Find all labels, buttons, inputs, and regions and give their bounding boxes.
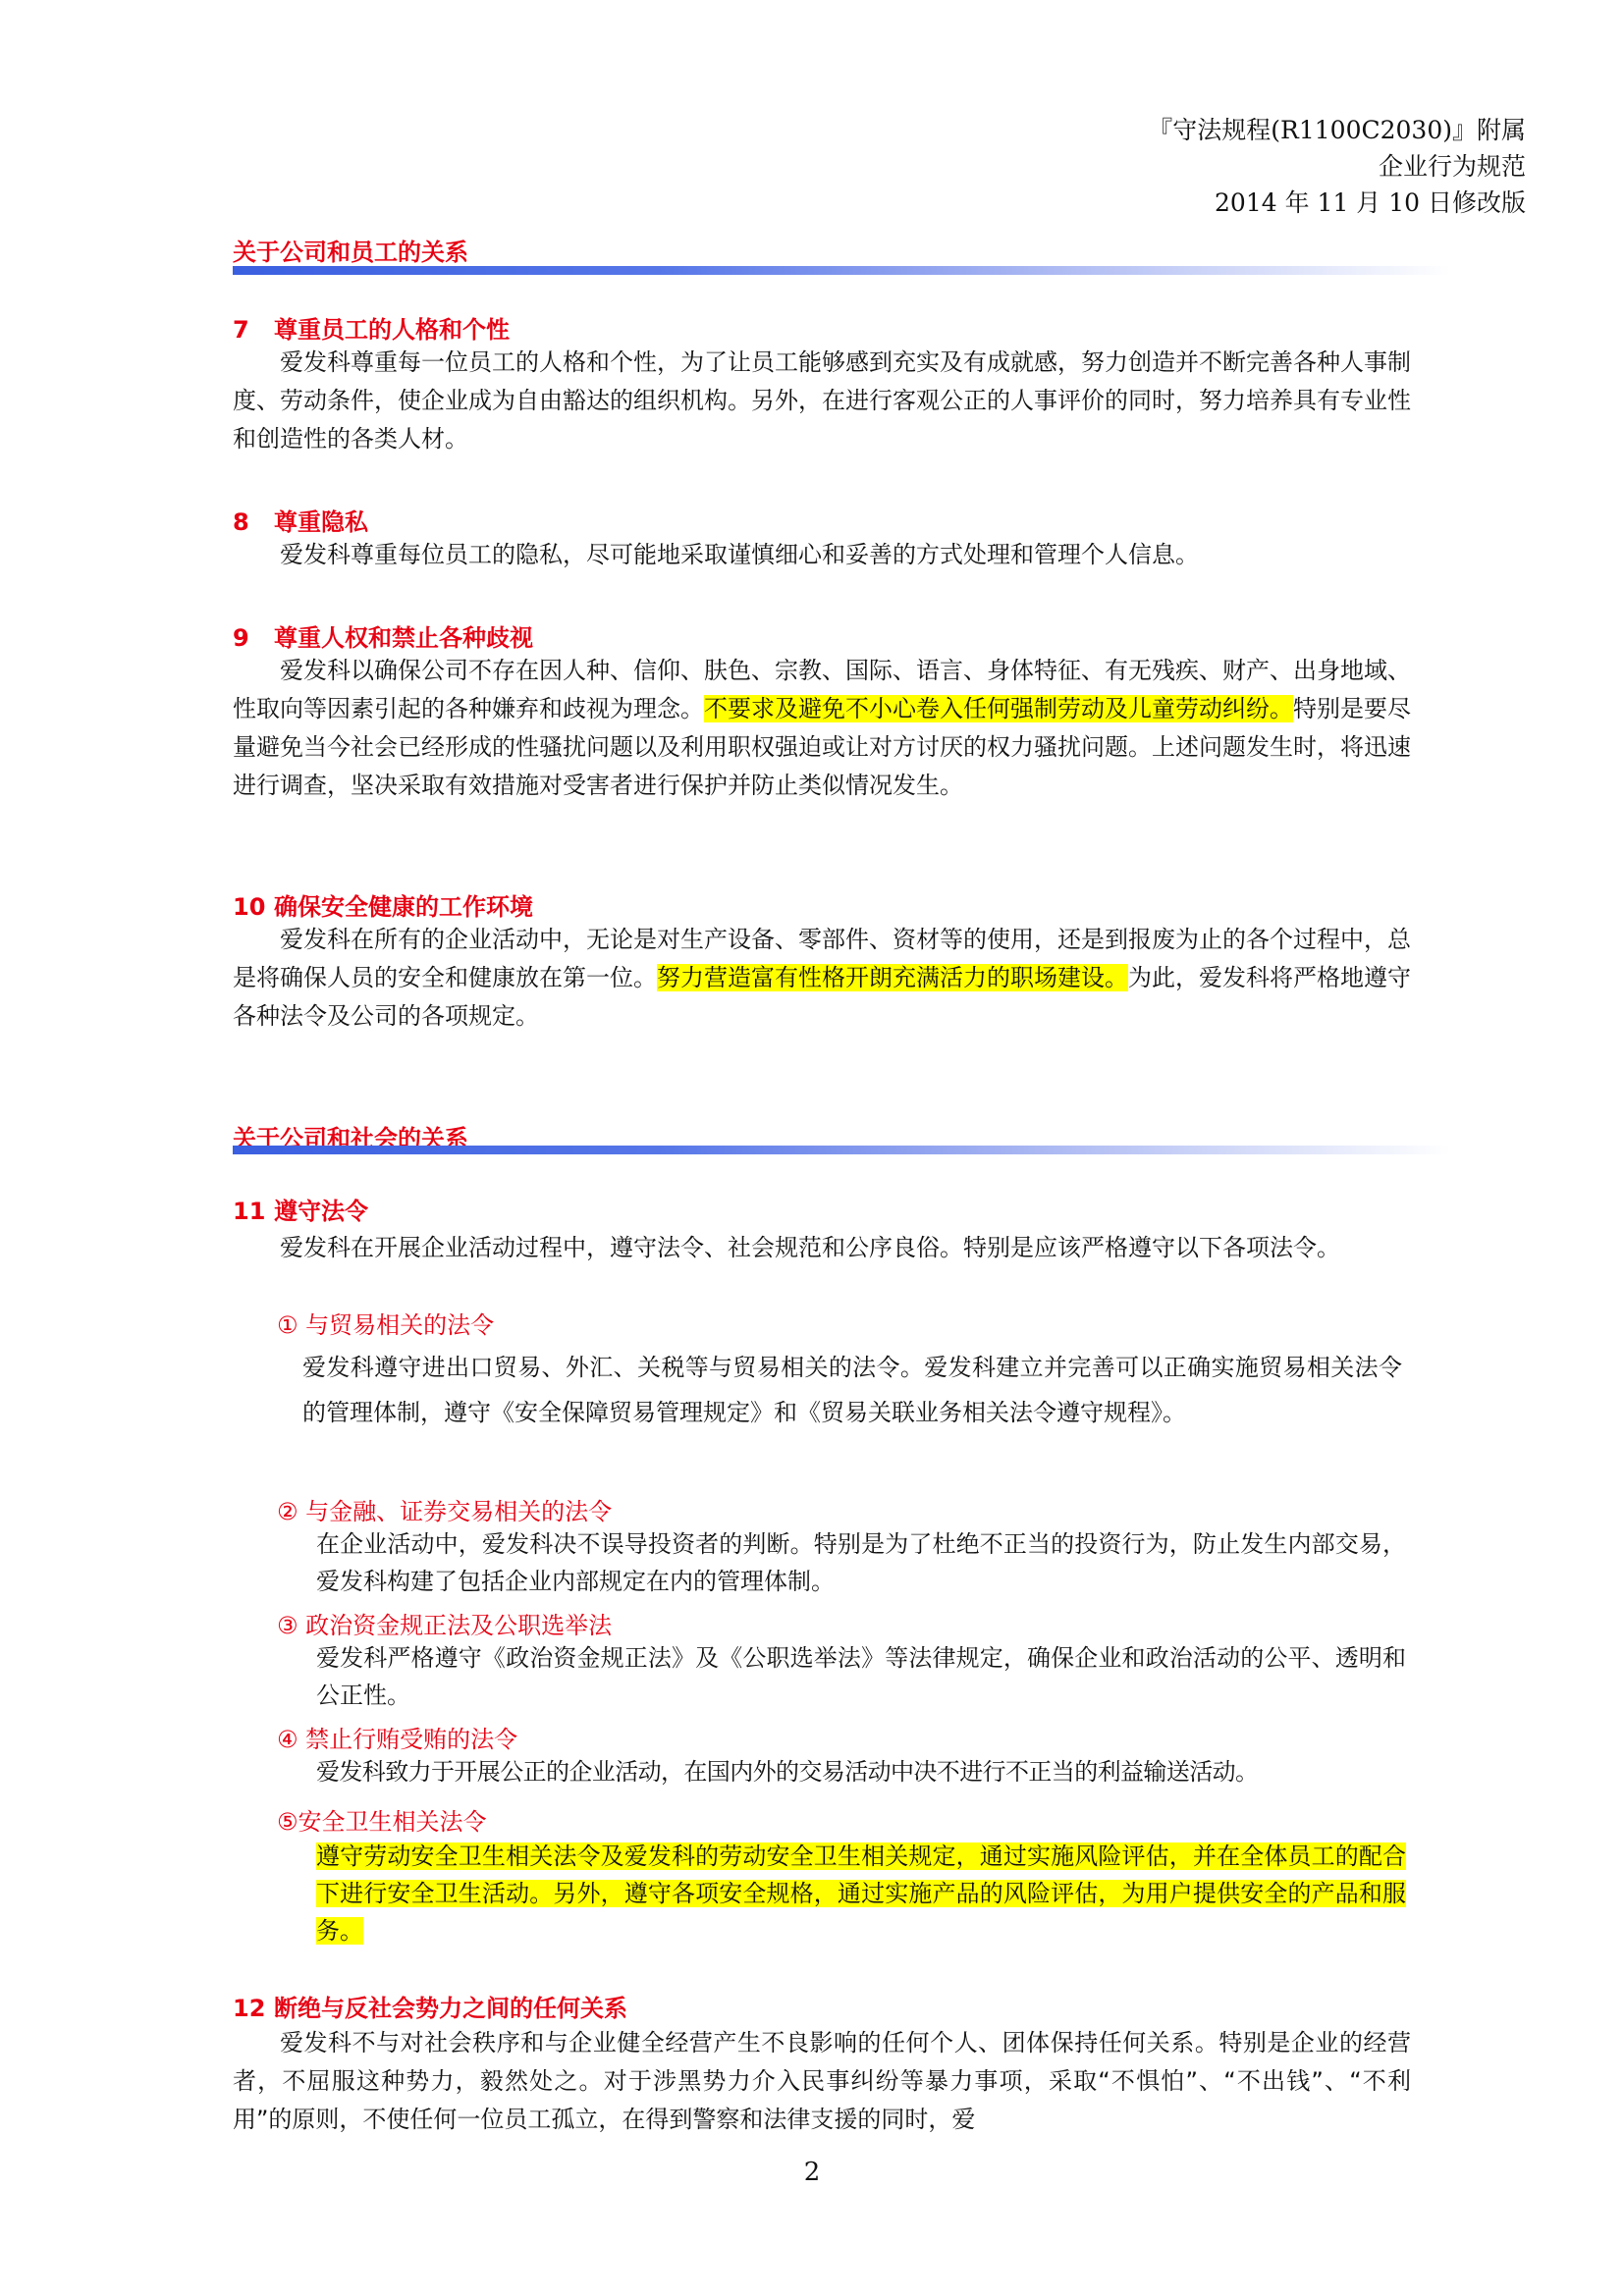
subitem-body-safety-health: 遵守劳动安全卫生相关法令及爱发科的劳动安全卫生相关规定，通过实施风险评估，并在全… [316,1838,1406,1949]
item-title-7: 7尊重员工的人格和个性 [233,310,510,345]
item-title-8: 8尊重隐私 [233,503,368,537]
item-body-9: 爱发科以确保公司不存在因人种、信仰、肤色、宗教、国际、语言、身体特征、有无残疾、… [233,652,1411,805]
header-document-name: 企业行为规范 [839,148,1526,185]
page-number: 2 [0,2158,1624,2187]
item-title-11: 11遵守法令 [233,1192,368,1226]
section-title-employee-relations: 关于公司和员工的关系 [233,233,468,267]
item-heading: 尊重人权和禁止各种歧视 [274,624,533,652]
item-title-12: 12断绝与反社会势力之间的任何关系 [233,1989,627,2023]
section-divider-bar [233,266,1450,275]
subitem-title-anti-bribery: ④ 禁止行贿受贿的法令 [277,1720,517,1754]
item-body-12: 爱发科不与对社会秩序和与企业健全经营产生不良影响的任何个人、团体保持任何关系。特… [233,2024,1411,2139]
item-heading: 尊重隐私 [274,508,368,536]
subitem-body-securities-laws: 在企业活动中，爱发科决不误导投资者的判断。特别是为了杜绝不正当的投资行为，防止发… [316,1525,1406,1600]
subitem-body-political-funds: 爱发科严格遵守《政治资金规正法》及《公职选举法》等法律规定，确保企业和政治活动的… [316,1639,1406,1714]
item-body-10: 爱发科在所有的企业活动中，无论是对生产设备、零部件、资材等的使用，还是到报废为止… [233,921,1411,1036]
item-number: 12 [233,1995,274,2022]
item-body-7: 爱发科尊重每一位员工的人格和个性，为了让员工能够感到充实及有成就感，努力创造并不… [233,344,1411,458]
item-title-10: 10确保安全健康的工作环境 [233,887,533,922]
item-heading: 遵守法令 [274,1198,368,1225]
highlighted-text: 遵守劳动安全卫生相关法令及爱发科的劳动安全卫生相关规定，通过实施风险评估，并在全… [316,1842,1406,1945]
item-number: 8 [233,508,274,536]
item-number: 10 [233,893,274,921]
highlighted-text: 不要求及避免不小心卷入任何强制劳动及儿童劳动纠纷。 [704,695,1293,722]
header-regulation-title: 『守法规程(R1100C2030)』附属 [839,112,1526,148]
header-revision-date: 2014 年 11 月 10 日修改版 [839,185,1526,221]
item-heading: 断绝与反社会势力之间的任何关系 [274,1995,627,2022]
item-number: 11 [233,1198,274,1225]
subitem-title-securities-laws: ② 与金融、证券交易相关的法令 [277,1492,612,1526]
subitem-title-safety-health: ⑤安全卫生相关法令 [277,1802,487,1837]
subitem-title-political-funds: ③ 政治资金规正法及公职选举法 [277,1606,612,1640]
item-number: 9 [233,624,274,652]
subitem-body-anti-bribery: 爱发科致力于开展公正的企业活动，在国内外的交易活动中决不进行不正当的利益输送活动… [316,1753,1426,1790]
highlighted-text: 努力营造富有性格开朗充满活力的职场建设。 [657,964,1128,991]
item-body-8: 爱发科尊重每位员工的隐私，尽可能地采取谨慎细心和妥善的方式处理和管理个人信息。 [233,536,1411,574]
subitem-title-trade-laws: ① 与贸易相关的法令 [277,1306,494,1340]
item-heading: 尊重员工的人格和个性 [274,316,510,344]
item-heading: 确保安全健康的工作环境 [274,893,533,921]
subitem-body-trade-laws: 爱发科遵守进出口贸易、外汇、关税等与贸易相关的法令。爱发科建立并完善可以正确实施… [302,1345,1402,1435]
item-number: 7 [233,316,274,344]
document-header: 『守法规程(R1100C2030)』附属 企业行为规范 2014 年 11 月 … [839,112,1526,221]
item-body-11: 爱发科在开展企业活动过程中，遵守法令、社会规范和公序良俗。特别是应该严格遵守以下… [233,1229,1411,1267]
item-title-9: 9尊重人权和禁止各种歧视 [233,618,533,653]
section-divider-bar [233,1146,1450,1154]
